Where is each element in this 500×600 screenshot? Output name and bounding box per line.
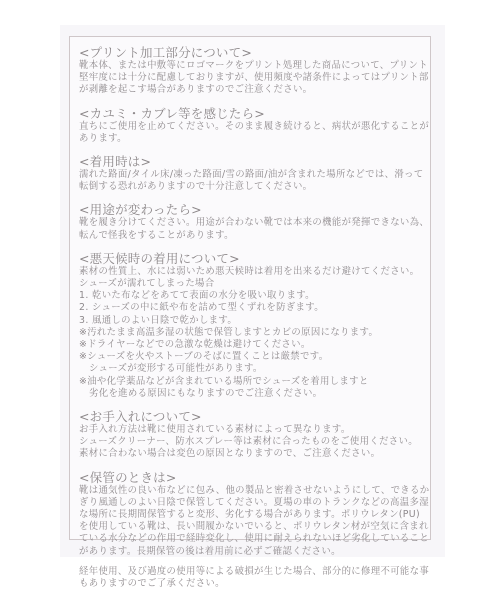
closing-note-line: 経年使用、及び過度の使用等による破損が生じた場合、部分的に修理不可能な事: [79, 566, 430, 578]
section-text-line: 直ちにご使用を止めてください。そのまま履き続けると、病状が悪化することが: [79, 121, 430, 133]
warning-line: ※シューズを火やストーブのそばに置くことは厳禁です。: [79, 351, 430, 363]
section-print-processing: <プリント加工部分について> 靴本体、または中敷等にロゴマークをプリント処理した…: [79, 45, 430, 97]
step-line: 3. 風通しのよい日陰で乾かします。: [79, 315, 430, 327]
step-line: 2. シューズの中に紙や布を詰めて型くずれを防ぎます。: [79, 302, 430, 314]
section-heading: <悪天候時の着用について>: [79, 251, 430, 266]
section-text-line: 靴本体、または中敷等にロゴマークをプリント処理した商品について、プリント: [79, 60, 430, 72]
warning-line: ※ドライヤーなどでの急激な乾燥は避けてください。: [79, 339, 430, 351]
section-text-line: 靴は通気性の良い布などに包み、他の製品と密着させないようにして、できるか: [79, 485, 430, 497]
section-when-wearing: <着用時は> 濡れた路面/タイル床/凍った路面/雪の路面/油が含まれた場所などで…: [79, 154, 430, 193]
section-text-line: あります。: [79, 133, 430, 145]
section-heading: <用途が変わったら>: [79, 202, 430, 217]
section-text-line: を使用している靴は、長い間履かないでいると、ポリウレタン材が空気に含まれ: [79, 521, 430, 533]
section-text-line: シューズが濡れてしまった場合: [79, 278, 430, 290]
warning-line: ※汚れたまま高温多湿の状態で保管しますとカビの原因になります。: [79, 327, 430, 339]
warning-line: ※油や化学薬品などが含まれている場所でシューズを着用しますと: [79, 376, 430, 388]
section-bad-weather: <悪天候時の着用について> 素材の性質上、水には弱いため悪天候時は着用を出来るだ…: [79, 251, 430, 400]
section-itching-rash: <カユミ・カブレ等を感じたら> 直ちにご使用を止めてください。そのまま履き続ける…: [79, 106, 430, 145]
section-storage: <保管のときは> 靴は通気性の良い布などに包み、他の製品と密着させないようにして…: [79, 470, 430, 591]
section-text-line: 素材に合わない場合は変色の原因となりますので、ご注意ください。: [79, 448, 430, 460]
section-text-line: 素材の性質上、水には弱いため悪天候時は着用を出来るだけ避けてください。: [79, 266, 430, 278]
section-text-line: な場所に長期間保管すると変形、劣化する場合があります。ポリウレタン(PU): [79, 509, 430, 521]
section-heading: <お手入れについて>: [79, 409, 430, 424]
care-instructions-card: <プリント加工部分について> 靴本体、または中敷等にロゴマークをプリント処理した…: [60, 25, 445, 557]
section-text-line: お手入れ方法は靴に使用されている素材によって異なります。: [79, 424, 430, 436]
section-text-line: 濡れた路面/タイル床/凍った路面/雪の路面/油が含まれた場所などでは、滑って: [79, 169, 430, 181]
section-text-line: ぎり風通しのよい日陰で保管してください。夏場の車のトランクなどの高温多湿: [79, 497, 430, 509]
section-text-line: ている水分などの作用で経時変化し、使用に耐えられないほど劣化していること: [79, 533, 430, 545]
section-text-line: が剥離を起こす場合がありますのでご注意ください。: [79, 84, 430, 96]
step-line: 1. 乾いた布などをあてて表面の水分を吸い取ります。: [79, 290, 430, 302]
section-text-line: があります。長期保管の後は着用前に必ずご確認ください。: [79, 546, 430, 558]
section-maintenance: <お手入れについて> お手入れ方法は靴に使用されている素材によって異なります。 …: [79, 409, 430, 461]
closing-note: 経年使用、及び過度の使用等による破損が生じた場合、部分的に修理不可能な事 もあり…: [79, 566, 430, 590]
warning-line-continued: シューズが変形する可能性があります。: [79, 363, 430, 375]
care-instructions-box: <プリント加工部分について> 靴本体、または中敷等にロゴマークをプリント処理した…: [69, 36, 431, 540]
section-heading: <保管のときは>: [79, 470, 430, 485]
section-change-of-use: <用途が変わったら> 靴を履き分けてください。用途が合わない靴では本来の機能が発…: [79, 202, 430, 241]
closing-note-line: もありますのでご了承ください。: [79, 578, 430, 590]
section-heading: <カユミ・カブレ等を感じたら>: [79, 106, 430, 121]
section-text-line: 転んで怪我をすることがあります。: [79, 230, 430, 242]
section-text-line: シューズクリーナー、防水スプレー等は素材に合ったものをご使用ください。: [79, 436, 430, 448]
section-text-line: 堅牢度には十分に配慮しておりますが、使用頻度や諸条件によってはプリント部: [79, 72, 430, 84]
section-heading: <着用時は>: [79, 154, 430, 169]
section-heading: <プリント加工部分について>: [79, 45, 430, 60]
warning-line-continued: 劣化を進める原因にもなりますのでご注意ください。: [79, 388, 430, 400]
section-text-line: 転倒する恐れがありますので十分注意してください。: [79, 181, 430, 193]
section-text-line: 靴を履き分けてください。用途が合わない靴では本来の機能が発揮できない為、: [79, 217, 430, 229]
